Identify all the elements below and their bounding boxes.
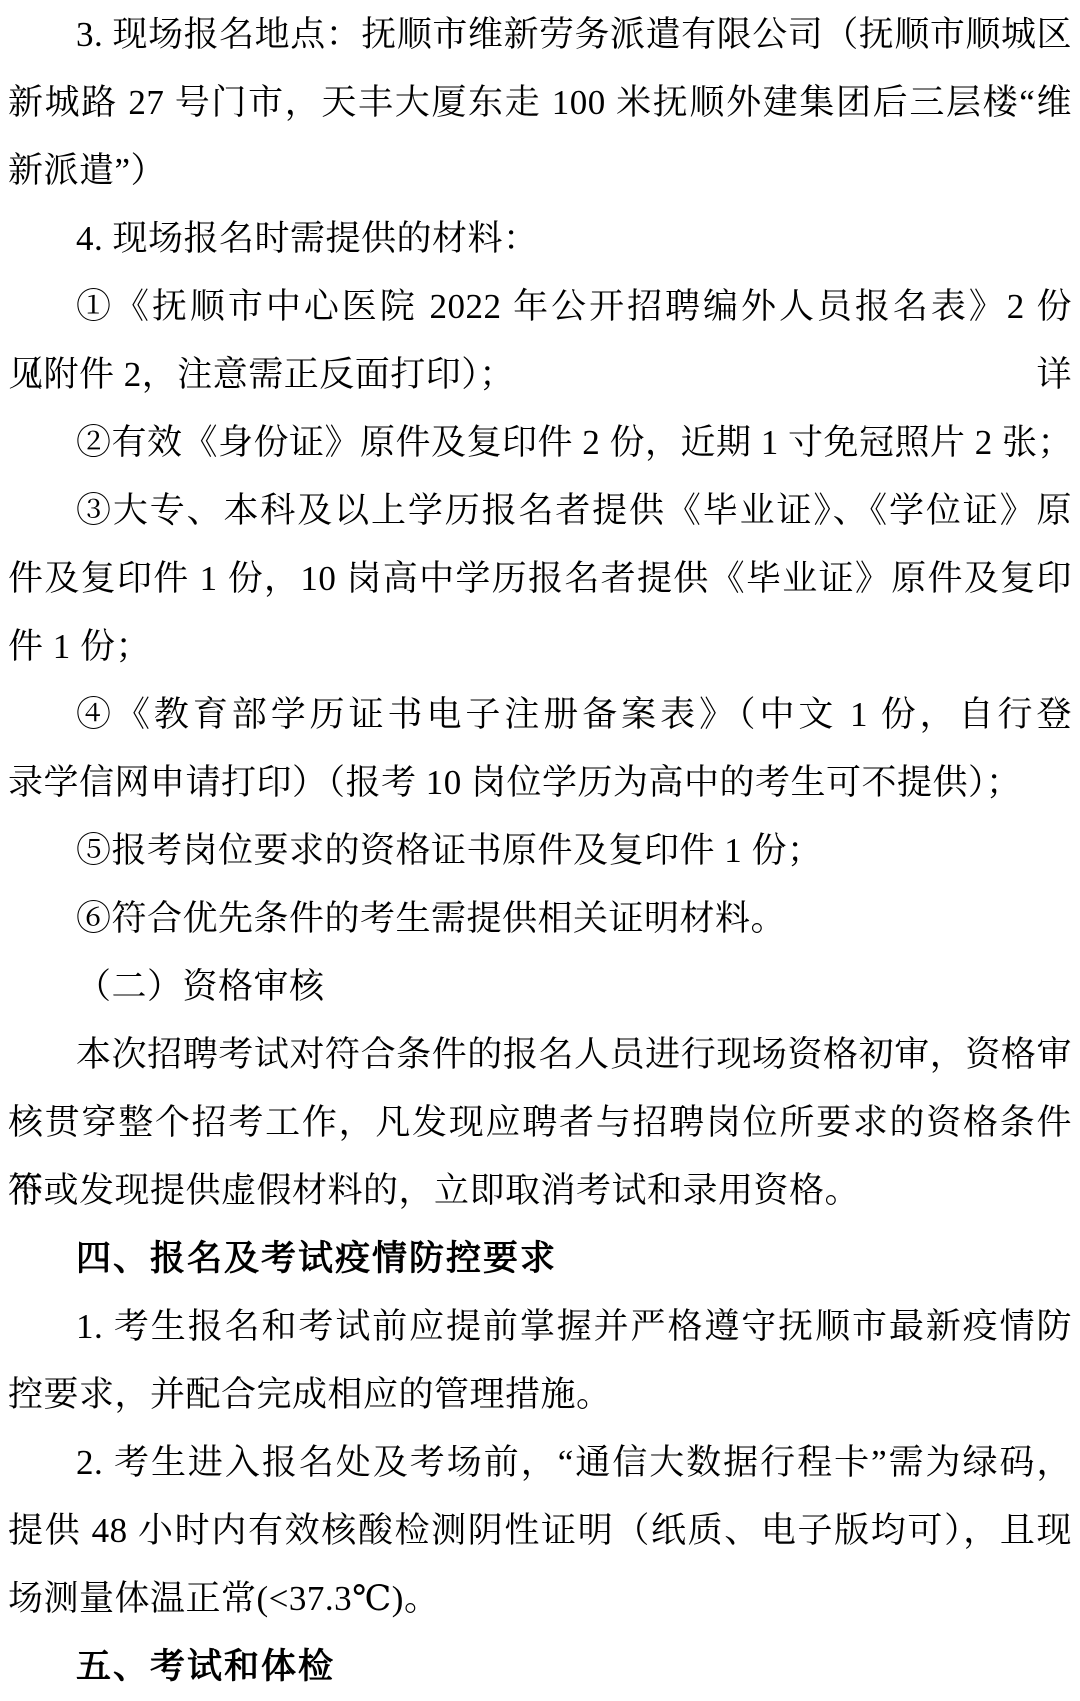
document-line: ①《抚顺市中心医院 2022 年公开招聘编外人员报名表》2 份（详	[8, 273, 1072, 341]
document-line: （二）资格审核	[8, 953, 1072, 1021]
document-line: 核贯穿整个招考工作，凡发现应聘者与招聘岗位所要求的资格条件不	[8, 1089, 1072, 1157]
document-line: ③大专、本科及以上学历报名者提供《毕业证》、《学位证》原	[8, 477, 1072, 545]
document-line: 符或发现提供虚假材料的，立即取消考试和录用资格。	[8, 1157, 1072, 1225]
document-line: 1. 考生报名和考试前应提前掌握并严格遵守抚顺市最新疫情防	[8, 1293, 1072, 1361]
document-line: ④《教育部学历证书电子注册备案表》（中文 1 份，自行登	[8, 681, 1072, 749]
document-line: 新城路 27 号门市，天丰大厦东走 100 米抚顺外建集团后三层楼“维	[8, 69, 1072, 137]
document-line: 3. 现场报名地点：抚顺市维新劳务派遣有限公司（抚顺市顺城区	[8, 1, 1072, 69]
section-heading: 五、考试和体检	[8, 1633, 1072, 1701]
document-line: 本次招聘考试对符合条件的报名人员进行现场资格初审，资格审	[8, 1021, 1072, 1089]
document-line: 提供 48 小时内有效核酸检测阴性证明（纸质、电子版均可），且现	[8, 1497, 1072, 1565]
document-line: 控要求，并配合完成相应的管理措施。	[8, 1361, 1072, 1429]
document-line: 4. 现场报名时需提供的材料：	[8, 205, 1072, 273]
section-heading: 四、报名及考试疫情防控要求	[8, 1225, 1072, 1293]
document-line: 2. 考生进入报名处及考场前，“通信大数据行程卡”需为绿码，	[8, 1429, 1072, 1497]
document-line: 件 1 份；	[8, 613, 1072, 681]
document-line: ②有效《身份证》原件及复印件 2 份，近期 1 寸免冠照片 2 张；	[8, 409, 1072, 477]
document-line: 新派遣”）	[8, 137, 1072, 205]
document-line: 录学信网申请打印）（报考 10 岗位学历为高中的考生可不提供）；	[8, 749, 1072, 817]
document-page: 3. 现场报名地点：抚顺市维新劳务派遣有限公司（抚顺市顺城区新城路 27 号门市…	[0, 0, 1080, 1701]
document-line: ⑤报考岗位要求的资格证书原件及复印件 1 份；	[8, 817, 1072, 885]
document-line: 场测量体温正常(<37.3℃)。	[8, 1565, 1072, 1633]
document-line: 件及复印件 1 份，10 岗高中学历报名者提供《毕业证》原件及复印	[8, 545, 1072, 613]
document-line: ⑥符合优先条件的考生需提供相关证明材料。	[8, 885, 1072, 953]
